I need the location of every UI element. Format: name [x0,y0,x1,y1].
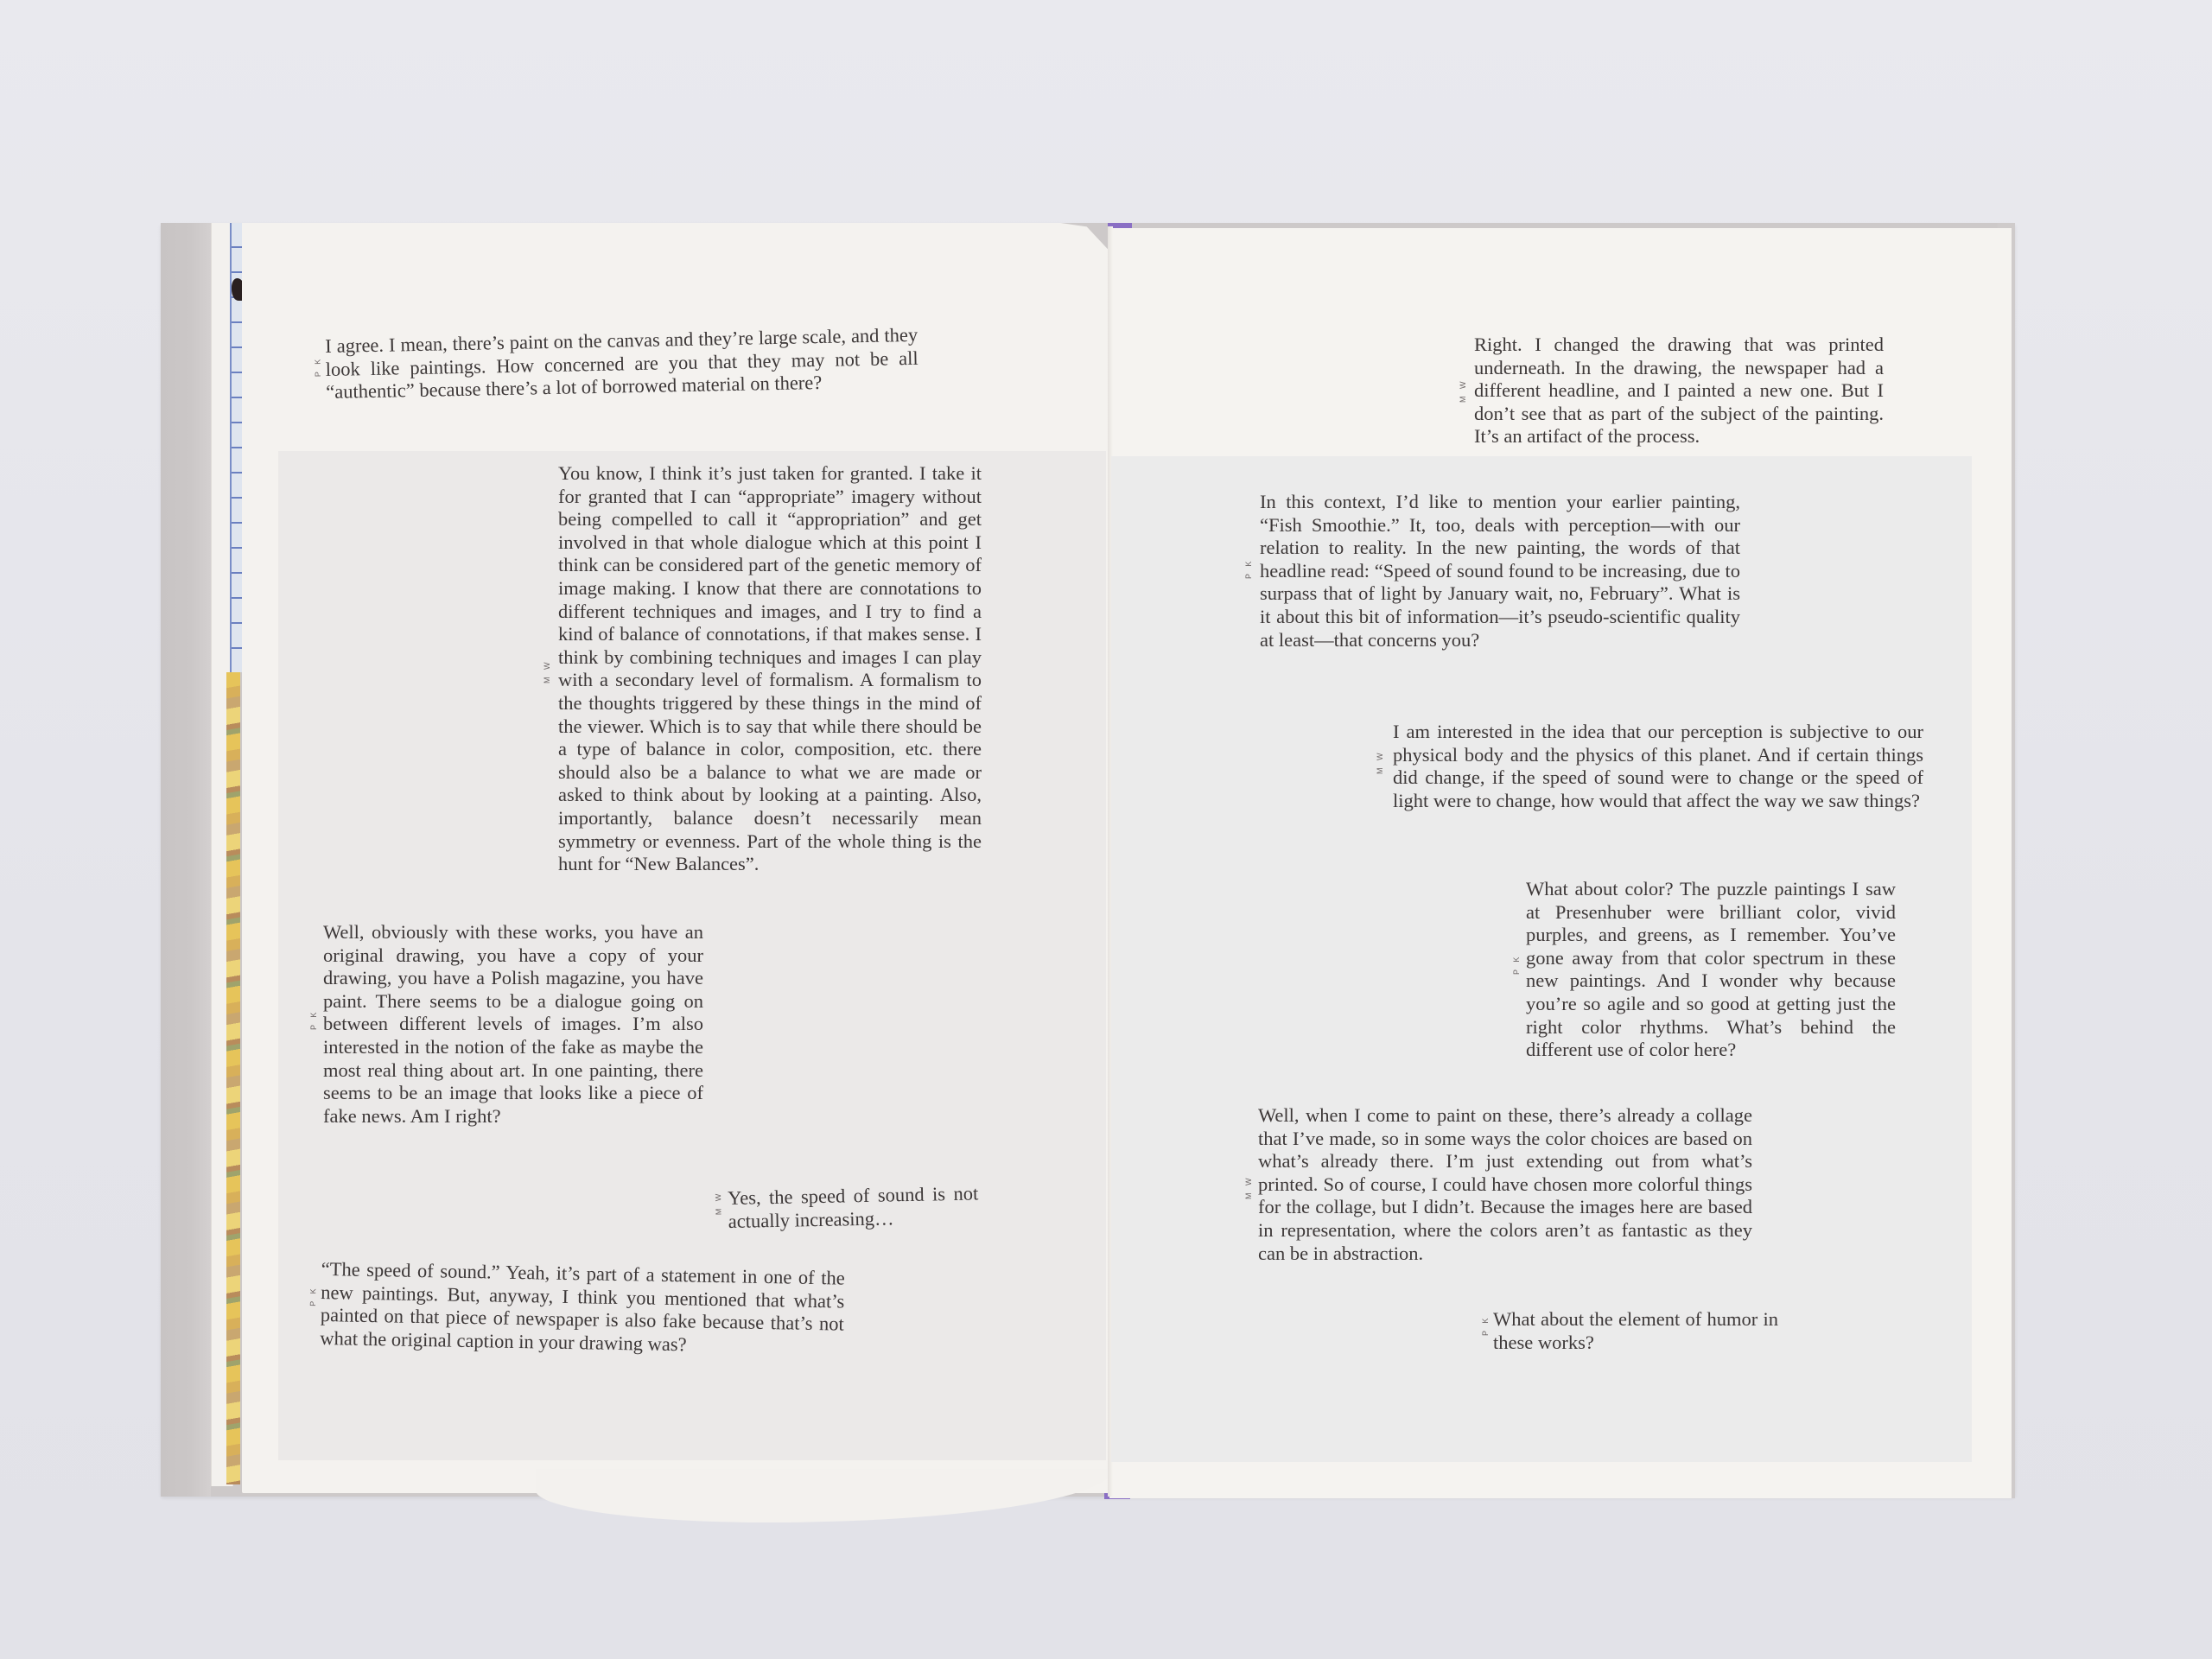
interview-block: P K Well, obviously with these works, yo… [323,921,703,1128]
interview-text: I am interested in the idea that our per… [1393,721,1923,812]
speaker-label: M W [707,1191,730,1215]
interview-block: M W I am interested in the idea that our… [1393,721,1923,812]
cover-left-edge [161,223,211,1497]
interview-text: “The speed of sound.” Yeah, it’s part of… [320,1258,845,1359]
interview-block: P K What about the element of humor in t… [1493,1308,1778,1354]
interview-block: P K I agree. I mean, there’s paint on th… [325,324,918,404]
interview-text: Well, obviously with these works, you ha… [323,921,703,1128]
speaker-label: M W [1237,1176,1261,1200]
left-page-curl [536,1469,1113,1522]
speaker-label: M W [1369,751,1392,775]
speaker-label: P K [302,1286,325,1306]
interview-text: Yes, the speed of sound is not actually … [728,1182,979,1233]
speaker-label: M W [536,660,559,684]
speaker-label: M W [1452,379,1475,404]
speaker-label: P K [306,357,329,378]
speaker-label: P K [302,1010,326,1030]
interview-text: What about color? The puzzle paintings I… [1526,878,1896,1062]
speaker-label: P K [1237,559,1261,579]
interview-text: Well, when I come to paint on these, the… [1258,1104,1752,1265]
interview-text: In this context, I’d like to mention you… [1260,491,1740,652]
interview-text: Right. I changed the drawing that was pr… [1474,334,1884,448]
interview-text: I agree. I mean, there’s paint on the ca… [325,324,918,404]
painting-image-strip [226,672,240,1484]
interview-block: M W You know, I think it’s just taken fo… [558,462,982,876]
interview-block: M W Yes, the speed of sound is not actua… [728,1182,979,1233]
interview-block: P K What about color? The puzzle paintin… [1526,878,1896,1062]
interview-block: M W Right. I changed the drawing that wa… [1474,334,1884,448]
interview-text: What about the element of humor in these… [1493,1308,1778,1354]
speaker-label: P K [1474,1316,1497,1336]
interview-text: You know, I think it’s just taken for gr… [558,462,982,876]
interview-block: P K In this context, I’d like to mention… [1260,491,1740,652]
speaker-label: P K [1505,955,1529,975]
interview-block: P K “The speed of sound.” Yeah, it’s par… [320,1258,845,1359]
interview-block: M W Well, when I come to paint on these,… [1258,1104,1752,1265]
